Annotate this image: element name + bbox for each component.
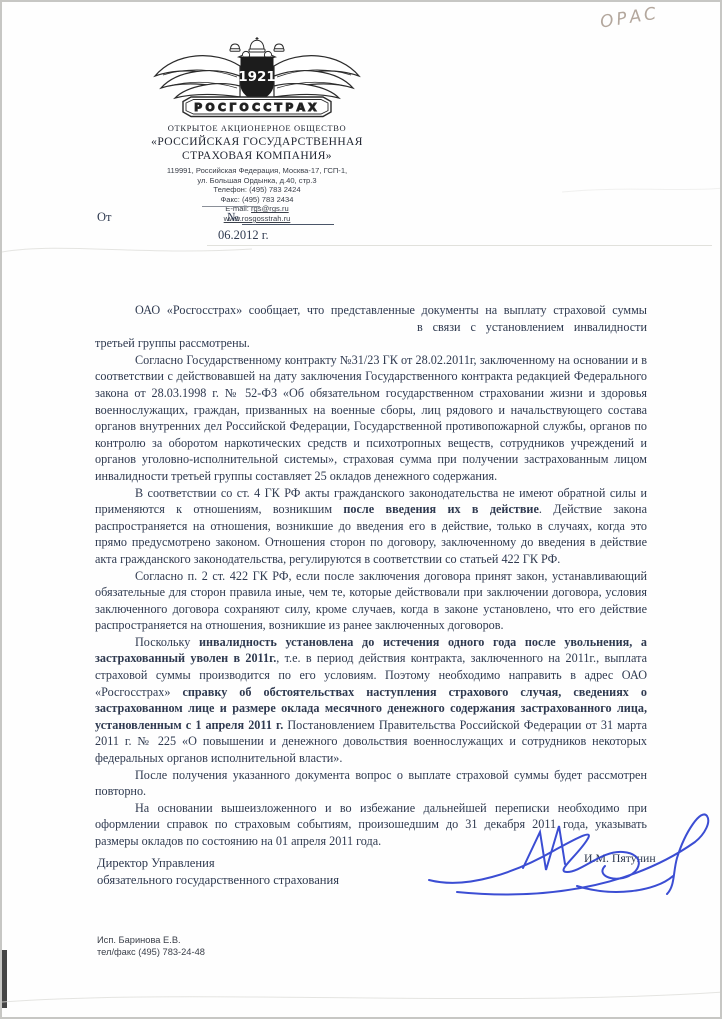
body-text-bold: после введения их в действие [343,502,539,516]
scan-edge-artifact [2,950,7,1008]
crowns-icon [230,37,284,52]
body-text: Согласно п. 2 ст. 422 ГК РФ, если после … [95,569,647,633]
from-label: От [97,210,112,225]
website: www.rosgosstrah.ru [112,214,402,224]
phone-line: Телефон: (495) 783 2424 [112,185,402,195]
logo-year: 1921 [238,69,276,85]
signer-title-line1: Директор Управления [97,855,339,872]
body-text: в связи с установлением инвалидности тре… [95,320,647,351]
signer-title: Директор Управления обязательного госуда… [97,855,339,889]
signer-title-line2: обязательного государственного страхован… [97,872,339,889]
address-line2: ул. Большая Ордынка, д.40, стр.3 [112,176,402,186]
body-paragraph: После получения указанного документа воп… [95,767,647,800]
redacted-gap [95,330,417,331]
body-paragraph: В соответствии со ст. 4 ГК РФ акты гражд… [95,485,647,568]
signature-ink-icon [427,802,722,914]
document-page: ОРАС [0,0,722,1019]
body-text: ОАО «Росгосстрах» сообщает, что представ… [135,303,647,317]
logo-banner: РОСГОССТРАХ [183,97,331,117]
handwritten-note: ОРАС [599,3,661,32]
body-paragraph: Поскольку инвалидность установлена до ис… [95,634,647,767]
body-text: Поскольку [135,635,199,649]
body-text: После получения указанного документа воп… [95,768,647,799]
scan-line-artifact [207,245,712,246]
body-paragraphs: ОАО «Росгосстрах» сообщает, что представ… [95,302,647,850]
number-blank-line [242,224,334,225]
address-line1: 119991, Российская Федерация, Москва-17,… [112,166,402,176]
rosgosstrakh-logo-icon: 1921 РОСГОССТРАХ [147,36,367,118]
org-address: 119991, Российская Федерация, Москва-17,… [112,166,402,224]
org-name: «РОССИЙСКАЯ ГОСУДАРСТВЕННАЯ СТРАХОВАЯ КО… [112,136,402,163]
org-name-line1: «РОССИЙСКАЯ ГОСУДАРСТВЕННАЯ [151,136,363,148]
logo-brand: РОСГОССТРАХ [194,101,320,114]
fax-line: Факс: (495) 783 2434 [112,195,402,205]
letter-date: 06.2012 г. [218,228,269,243]
executor-phone-fax: тел/факс (495) 783-24-48 [97,946,205,958]
letterhead: 1921 РОСГОССТРАХ ОТКРЫТОЕ АКЦИОНЕРНОЕ ОБ… [112,36,402,224]
body-paragraph: ОАО «Росгосстрах» сообщает, что представ… [95,302,647,352]
org-type: ОТКРЫТОЕ АКЦИОНЕРНОЕ ОБЩЕСТВО [112,123,402,133]
body-paragraph: Согласно п. 2 ст. 422 ГК РФ, если после … [95,568,647,634]
number-label: № [227,210,239,225]
body-paragraph: Согласно Государственному контракту №31/… [95,352,647,485]
blank-line [202,206,260,207]
logo-shield: 1921 [238,57,276,102]
footer: Исп. Баринова Е.В. тел/факс (495) 783-24… [97,934,205,958]
executor: Исп. Баринова Е.В. [97,934,205,946]
body-text: Согласно Государственному контракту №31/… [95,353,647,483]
org-name-line2: СТРАХОВАЯ КОМПАНИЯ» [182,150,332,162]
